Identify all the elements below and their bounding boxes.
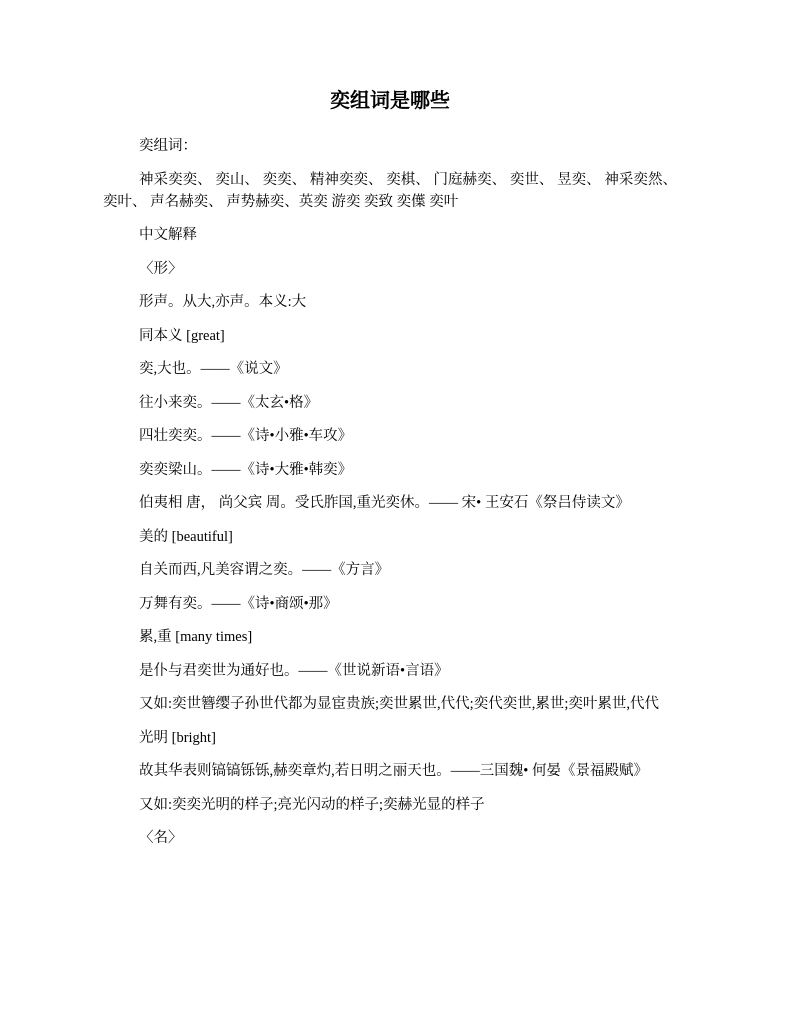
paragraph-citation-shuowen: 奕,大也。——《说文》 bbox=[103, 358, 677, 380]
paragraph-citation-jingfu: 故其华表则镐镐铄铄,赫奕章灼,若日明之丽天也。——三国魏• 何晏《景福殿赋》 bbox=[103, 760, 677, 782]
paragraph-sense-beautiful: 美的 [beautiful] bbox=[103, 526, 677, 548]
paragraph-word-list: 神采奕奕、 奕山、 奕奕、 精神奕奕、 奕棋、 门庭赫奕、 奕世、 昱奕、 神采… bbox=[103, 169, 677, 213]
paragraph-citation-wanganshi: 伯夷相 唐， 尚父宾 周。受氏胙国,重光奕休。—— 宋• 王安石《祭吕侍读文》 bbox=[103, 492, 677, 514]
paragraph-pos-noun: 〈名〉 bbox=[103, 827, 677, 849]
document-title: 奕组词是哪些 bbox=[103, 88, 677, 114]
paragraph-pos-adjective: 〈形〉 bbox=[103, 258, 677, 280]
paragraph-citation-shangsong: 万舞有奕。——《诗•商颂•那》 bbox=[103, 593, 677, 615]
paragraph-sense-great: 同本义 [great] bbox=[103, 325, 677, 347]
paragraph-sense-bright: 光明 [bright] bbox=[103, 727, 677, 749]
paragraph-citation-chegong: 四壮奕奕。——《诗•小雅•车攻》 bbox=[103, 425, 677, 447]
paragraph-etymology: 形声。从大,亦声。本义:大 bbox=[103, 291, 677, 313]
paragraph-examples-yishi: 又如:奕世簪缨子孙世代都为显宦贵族;奕世累世,代代;奕代奕世,累世;奕叶累世,代… bbox=[103, 693, 677, 715]
paragraph-section-chinese-explanation: 中文解释 bbox=[103, 224, 677, 246]
paragraph-sense-many-times: 累,重 [many times] bbox=[103, 626, 677, 648]
paragraph-citation-fangyan: 自关而西,凡美容谓之奕。——《方言》 bbox=[103, 559, 677, 581]
paragraph-wordlist-label: 奕组词： bbox=[103, 135, 677, 157]
paragraph-citation-taixuan: 往小来奕。——《太玄•格》 bbox=[103, 392, 677, 414]
paragraph-citation-hanyi: 奕奕梁山。——《诗•大雅•韩奕》 bbox=[103, 459, 677, 481]
document-page: 奕组词是哪些 奕组词： 神采奕奕、 奕山、 奕奕、 精神奕奕、 奕棋、 门庭赫奕… bbox=[0, 0, 792, 1025]
paragraph-citation-shishuo: 是仆与君奕世为通好也。——《世说新语•言语》 bbox=[103, 660, 677, 682]
paragraph-examples-bright: 又如:奕奕光明的样子;亮光闪动的样子;奕赫光显的样子 bbox=[103, 794, 677, 816]
